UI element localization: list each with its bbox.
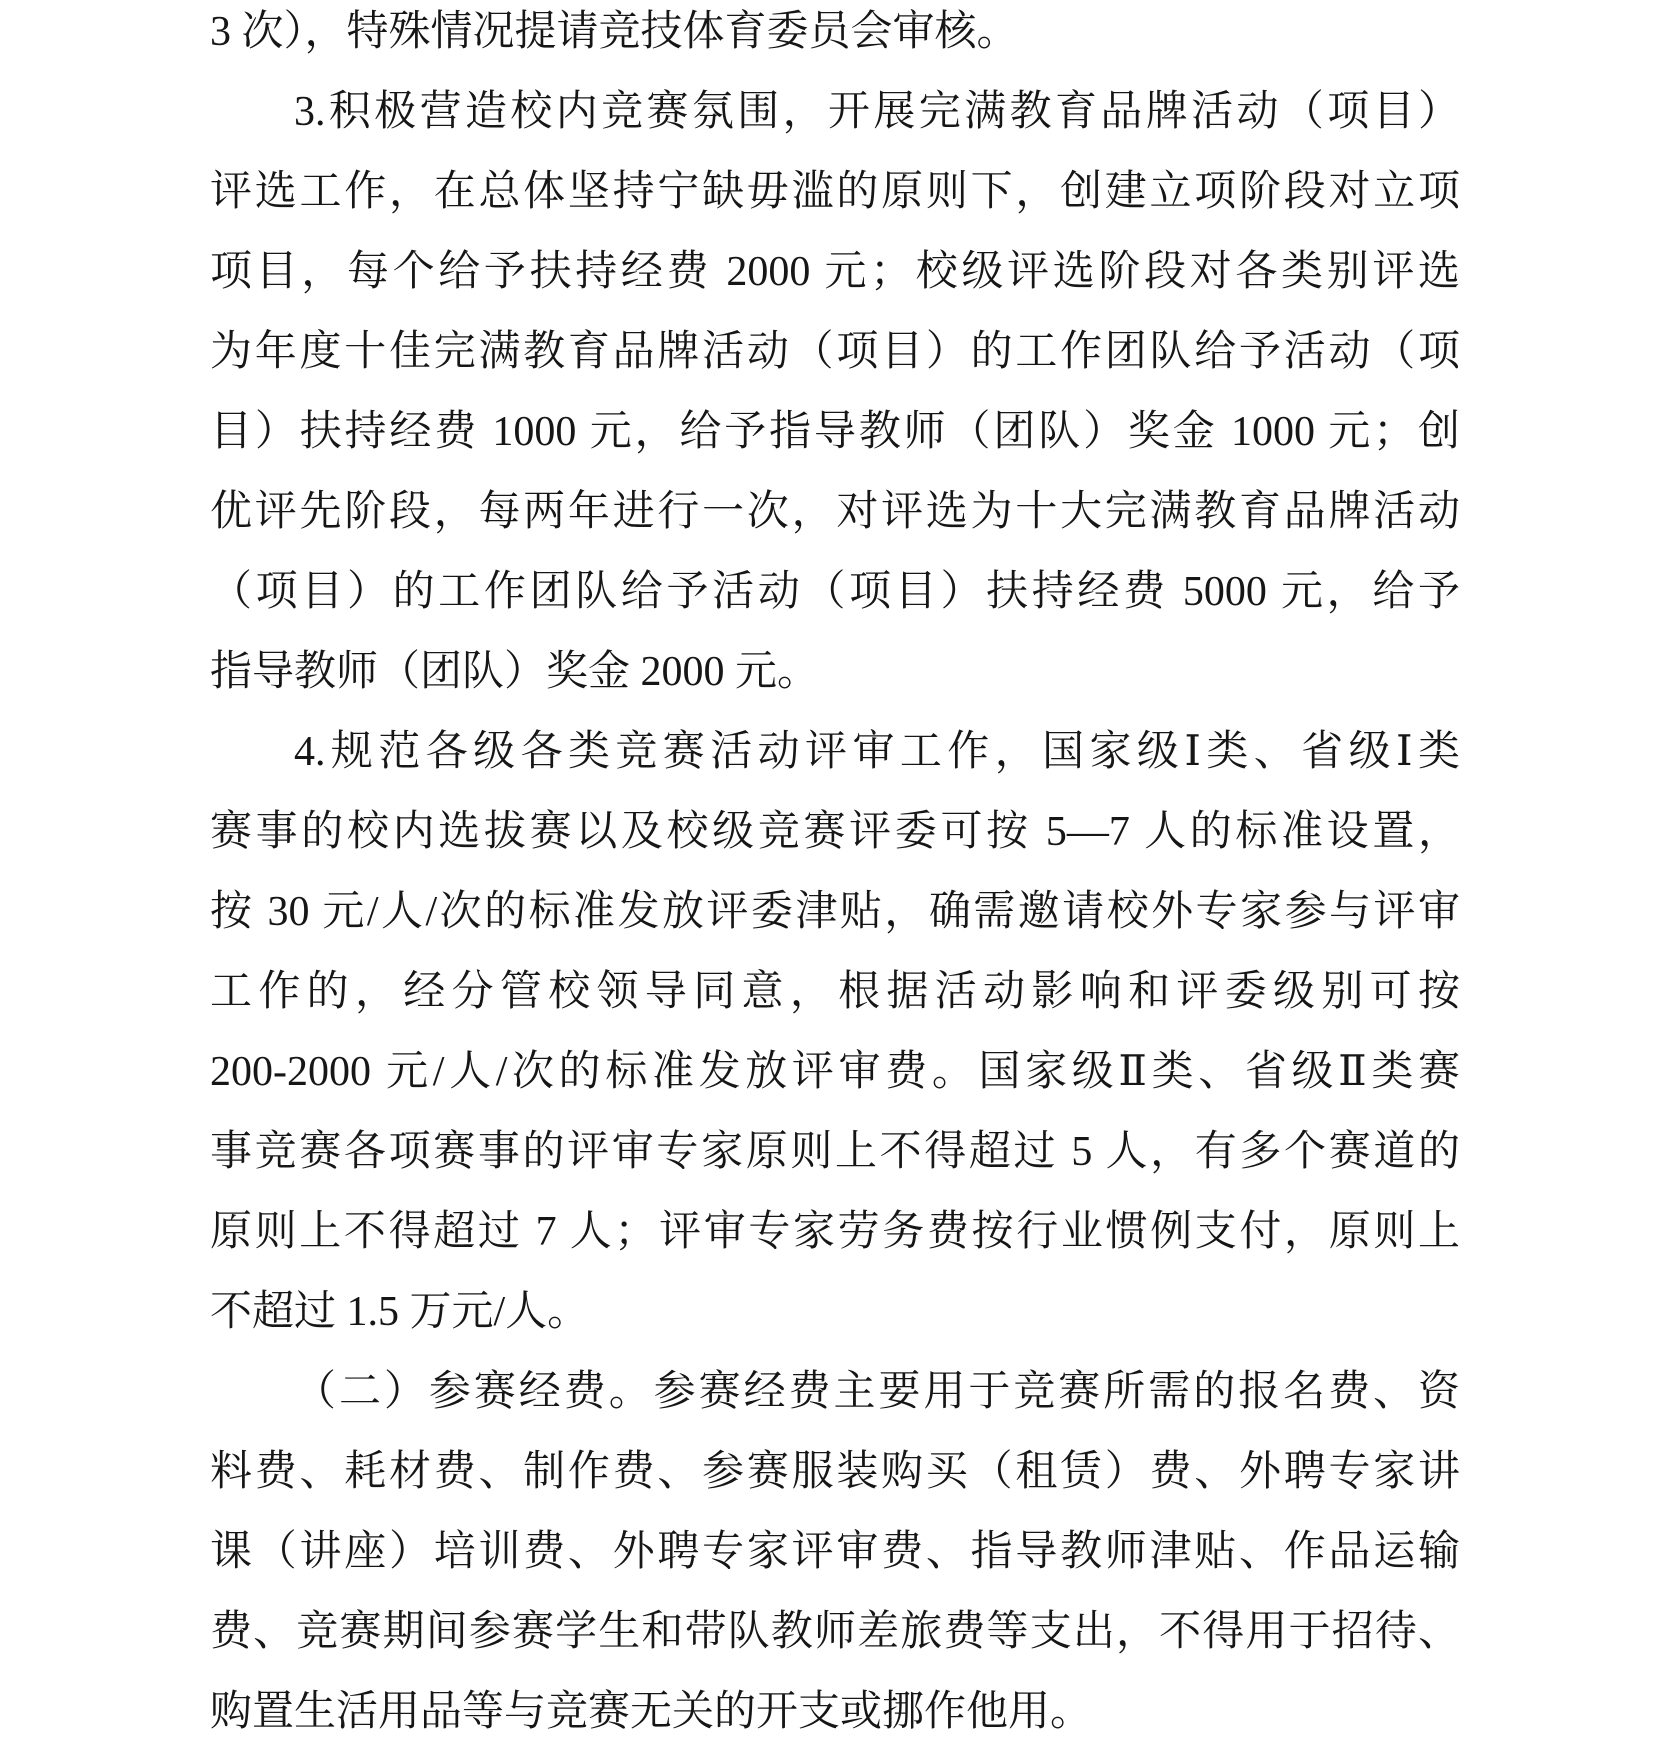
text-line: 工作的，经分管校领导同意，根据活动影响和评委级别可按 (210, 952, 1460, 1032)
text-line: （二）参赛经费。参赛经费主要用于竞赛所需的报名费、资 (210, 1352, 1460, 1432)
text-line: 评选工作，在总体坚持宁缺毋滥的原则下，创建立项阶段对立项 (210, 152, 1460, 232)
document-text-block: 3 次），特殊情况提请竞技体育委员会审核。3.积极营造校内竞赛氛围，开展完满教育… (210, 0, 1460, 1745)
text-line: 指导教师（团队）奖金 2000 元。 (210, 632, 1460, 712)
text-line: 4.规范各级各类竞赛活动评审工作，国家级Ⅰ类、省级Ⅰ类 (210, 712, 1460, 792)
text-line: 不超过 1.5 万元/人。 (210, 1272, 1460, 1352)
text-line: 优评先阶段，每两年进行一次，对评选为十大完满教育品牌活动 (210, 472, 1460, 552)
text-line: 事竞赛各项赛事的评审专家原则上不得超过 5 人，有多个赛道的 (210, 1112, 1460, 1192)
text-line: 购置生活用品等与竞赛无关的开支或挪作他用。 (210, 1672, 1460, 1745)
text-line: 项目，每个给予扶持经费 2000 元；校级评选阶段对各类别评选 (210, 232, 1460, 312)
text-line: 目）扶持经费 1000 元，给予指导教师（团队）奖金 1000 元；创 (210, 392, 1460, 472)
text-line: 200-2000 元/人/次的标准发放评审费。国家级Ⅱ类、省级Ⅱ类赛 (210, 1032, 1460, 1112)
document-page: 3 次），特殊情况提请竞技体育委员会审核。3.积极营造校内竞赛氛围，开展完满教育… (0, 0, 1654, 1745)
text-line: 课（讲座）培训费、外聘专家评审费、指导教师津贴、作品运输 (210, 1512, 1460, 1592)
text-line: 原则上不得超过 7 人；评审专家劳务费按行业惯例支付，原则上 (210, 1192, 1460, 1272)
text-line: 赛事的校内选拔赛以及校级竞赛评委可按 5—7 人的标准设置， (210, 792, 1460, 872)
text-line: 3 次），特殊情况提请竞技体育委员会审核。 (210, 0, 1460, 72)
text-line: （项目）的工作团队给予活动（项目）扶持经费 5000 元，给予 (210, 552, 1460, 632)
text-line: 按 30 元/人/次的标准发放评委津贴，确需邀请校外专家参与评审 (210, 872, 1460, 952)
text-line: 3.积极营造校内竞赛氛围，开展完满教育品牌活动（项目） (210, 72, 1460, 152)
text-line: 料费、耗材费、制作费、参赛服装购买（租赁）费、外聘专家讲 (210, 1432, 1460, 1512)
text-line: 费、竞赛期间参赛学生和带队教师差旅费等支出，不得用于招待、 (210, 1592, 1460, 1672)
text-line: 为年度十佳完满教育品牌活动（项目）的工作团队给予活动（项 (210, 312, 1460, 392)
